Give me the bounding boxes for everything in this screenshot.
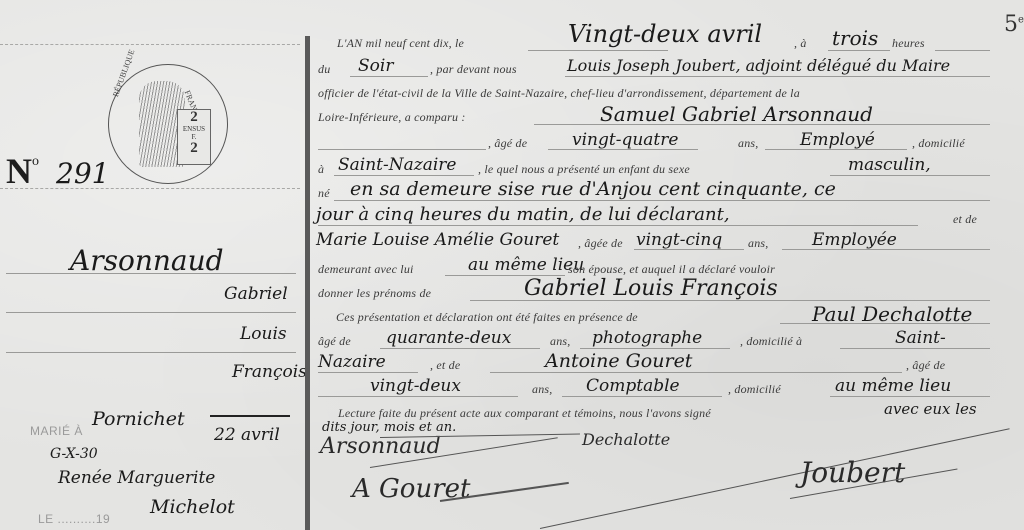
witness-2-residence: au même lieu: [835, 376, 951, 396]
margin-rule: [6, 352, 296, 353]
fill-line: [830, 175, 990, 176]
fill-line: [562, 396, 722, 397]
child-given-names: Gabriel Louis François: [524, 276, 778, 301]
line-1-hour: trois: [832, 26, 878, 50]
line-14-printed-2: , âgé de: [906, 358, 945, 373]
declarant-name: Samuel Gabriel Arsonnaud: [600, 102, 873, 126]
line-3-printed: officier de l'état-civil de la Ville de …: [318, 86, 800, 101]
margin-given-name-3: François: [232, 362, 307, 382]
civil-record-page: RÉPUBLIQUE FRANÇAISE 2 ENSUS F. 2 No 291…: [0, 0, 1024, 530]
witness-1-occupation: photographe: [592, 328, 702, 348]
line-16-handwritten: avec eux les: [884, 400, 977, 418]
marriage-place: Pornichet: [92, 408, 185, 430]
line-5-printed-2: ans,: [738, 136, 758, 151]
witness-1-residence: Saint-: [895, 328, 946, 348]
line-2-officer: Louis Joseph Joubert, adjoint délégué du…: [567, 56, 950, 75]
fill-line: [334, 175, 474, 176]
line-9-printed-2: ans,: [748, 236, 768, 251]
witness-1-age: quarante-deux: [386, 328, 511, 348]
mother-age: vingt-cinq: [636, 230, 722, 250]
line-13-printed-2: ans,: [550, 334, 570, 349]
numero-label: N: [6, 151, 32, 191]
line-10-printed-1: demeurant avec lui: [318, 262, 414, 277]
witness-1-name: Paul Dechalotte: [812, 302, 972, 326]
witness-1-residence-cont: Nazaire: [318, 352, 386, 372]
numero-sup: o: [32, 154, 39, 169]
line-2-printed-2: , par devant nous: [430, 62, 517, 77]
line-15-printed-1: ans,: [532, 382, 552, 397]
fill-line: [565, 76, 990, 77]
line-12-printed: Ces présentation et déclaration ont été …: [336, 310, 638, 325]
marriage-stamp-label: MARIÉ À: [30, 424, 83, 438]
margin-surname: Arsonnaud: [70, 244, 224, 277]
page-marker-suffix: e: [1018, 15, 1024, 26]
margin-given-name-2: Louis: [240, 324, 287, 344]
margin-given-name-1: Gabriel: [224, 284, 288, 304]
spouse-surname: Michelot: [150, 496, 235, 518]
fill-line: [380, 348, 540, 349]
witness-2-age: vingt-deux: [370, 376, 461, 396]
line-9-printed-1: , âgée de: [578, 236, 623, 251]
line-6-printed-2: , le quel nous a présenté un enfant du s…: [478, 162, 690, 177]
stamp-value-label: ENSUS: [178, 125, 210, 133]
line-2-printed-1: du: [318, 62, 330, 77]
child-sex: masculin,: [848, 155, 931, 175]
spouse-first-names: Renée Marguerite: [58, 468, 215, 488]
faded-stamp-bottom: LE ..........19: [38, 512, 110, 526]
stamp-value-box: 2 ENSUS F. 2: [177, 109, 211, 165]
birth-place: en sa demeure sise rue d'Anjou cent cinq…: [350, 178, 836, 200]
page-marker-number: 5: [1004, 12, 1018, 37]
line-13-printed-1: âgé de: [318, 334, 351, 349]
line-13-printed-3: , domicilié à: [740, 334, 802, 349]
line-7-printed: né: [318, 186, 330, 201]
signature-witness-1: Dechalotte: [582, 430, 670, 449]
declarant-residence: Saint-Nazaire: [338, 155, 456, 175]
line-10-printed-2: son épouse, et auquel il a déclaré voulo…: [568, 262, 775, 277]
fiscal-stamp: RÉPUBLIQUE FRANÇAISE 2 ENSUS F. 2: [108, 64, 228, 184]
witness-2-occupation: Comptable: [586, 376, 680, 396]
stamp-text-left: RÉPUBLIQUE: [111, 48, 136, 98]
line-1-printed-1: L'AN mil neuf cent dix, le: [337, 36, 464, 51]
fill-line: [935, 50, 990, 51]
mother-name: Marie Louise Amélie Gouret: [316, 230, 559, 250]
line-1-printed-3: heures: [892, 36, 925, 51]
margin-rule: [0, 44, 300, 45]
birth-time: jour à cinq heures du matin, de lui décl…: [316, 204, 730, 225]
signature-officer: Joubert: [800, 456, 905, 489]
line-5-printed-1: , âgé de: [488, 136, 527, 151]
margin-rule: [6, 312, 296, 313]
stamp-value-bottom: 2: [178, 141, 210, 156]
declarant-occupation: Employé: [800, 130, 875, 150]
fill-line: [318, 396, 518, 397]
fill-line: [350, 76, 428, 77]
margin-rule-bold: [210, 415, 290, 417]
line-1-date: Vingt-deux avril: [568, 20, 762, 48]
line-5-printed-3: , domicilié: [912, 136, 965, 151]
fill-line: [528, 50, 668, 51]
line-14-printed-1: , et de: [430, 358, 460, 373]
fill-line: [830, 396, 990, 397]
fill-line: [490, 372, 902, 373]
line-8-printed: et de: [953, 212, 977, 227]
line-17-handwritten: dits jour, mois et an.: [322, 420, 456, 435]
stamp-value-top: 2: [178, 110, 210, 125]
fill-line: [318, 225, 918, 226]
mother-occupation: Employée: [812, 230, 897, 250]
line-11-printed: donner les prénoms de: [318, 286, 431, 301]
line-6-printed-1: à: [318, 162, 324, 177]
marriage-reference: G-X-30: [50, 446, 98, 462]
witness-2-name: Antoine Gouret: [545, 350, 692, 372]
line-15-printed-2: , domicilié: [728, 382, 781, 397]
fill-line: [840, 348, 990, 349]
fill-line: [580, 348, 730, 349]
fill-line: [828, 50, 890, 51]
fill-line: [318, 149, 486, 150]
mother-residence: au même lieu: [468, 255, 584, 275]
line-16-printed: Lecture faite du présent acte aux compar…: [338, 406, 711, 421]
line-2-time-of-day: Soir: [358, 56, 393, 76]
page-marker: 5e: [1004, 12, 1024, 37]
fill-line: [334, 200, 990, 201]
marriage-date: 22 avril: [214, 425, 280, 445]
line-1-printed-2: , à: [794, 36, 807, 51]
record-number: No 291: [6, 150, 109, 192]
numero-value: 291: [56, 157, 109, 190]
line-4-printed: Loire-Inférieure, a comparu :: [318, 110, 466, 125]
declarant-age: vingt-quatre: [572, 130, 678, 150]
fill-line: [318, 372, 418, 373]
column-divider: [305, 36, 310, 530]
